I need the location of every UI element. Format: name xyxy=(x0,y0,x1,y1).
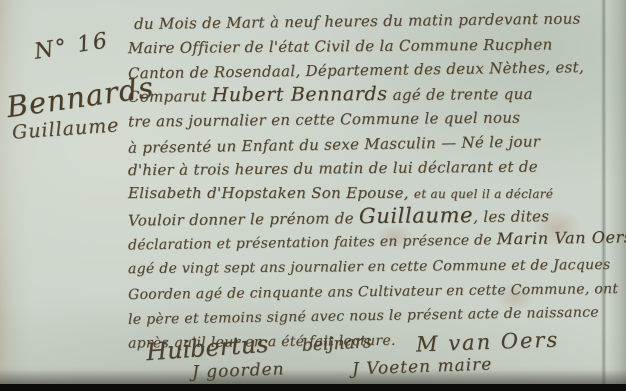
body-line-text: agé de vingt sept ans journalier en cett… xyxy=(128,257,611,277)
body-line: Elisabeth d'Hopstaken Son Epouse, et au … xyxy=(128,180,622,205)
body-line-text: tre ans journalier en cette Commune le q… xyxy=(128,108,520,130)
body-line-text: Elisabeth d'Hopstaken Son Epouse, xyxy=(128,184,414,202)
signature-witness-van-oers: M van Oers xyxy=(416,328,560,357)
body-line: d'hier à trois heures du matin de lui dé… xyxy=(128,153,622,182)
body-line-text: d'hier à trois heures du matin de lui dé… xyxy=(128,158,538,180)
body-line-text: déclaration et présentation faites en pr… xyxy=(128,232,497,253)
body-line-text: , les dites xyxy=(473,207,549,226)
body-line-emphasis: Marin Van Oers xyxy=(497,227,626,248)
document-scan: N° 16 Bennards Guillaume du Mois de Mart… xyxy=(0,0,626,391)
signature-father-surname: beijnars xyxy=(302,332,373,356)
scan-bottom-shadow xyxy=(0,370,626,384)
body-line-emphasis: Hubert Bennards xyxy=(212,82,388,105)
body-line-text: Comparut xyxy=(128,87,212,106)
body-line-text: et au quel il a déclaré xyxy=(414,187,553,201)
scan-bottom-edge xyxy=(0,384,626,391)
body-line-text: Canton de Rosendaal, Département des deu… xyxy=(128,58,584,82)
body-line-emphasis: Guillaume xyxy=(359,203,473,228)
body-line-text: le père et temoins signé avec nous le pr… xyxy=(128,304,599,327)
record-body: du Mois de Mart à neuf heures du matin p… xyxy=(128,8,622,351)
body-line-text: Vouloir donner le prénom de xyxy=(128,209,359,229)
body-line-text: agé de trente qua xyxy=(388,84,533,103)
signature-witness-goorden: J goorden xyxy=(192,359,285,382)
body-line-text: du Mois de Mart à neuf heures du matin p… xyxy=(134,10,581,33)
body-line-text: à présenté un Enfant du sexe Masculin — … xyxy=(128,132,540,156)
margin-act-number: N° 16 xyxy=(33,28,111,64)
body-line-text: Maire Officier de l'état Civil de la Com… xyxy=(128,35,553,57)
